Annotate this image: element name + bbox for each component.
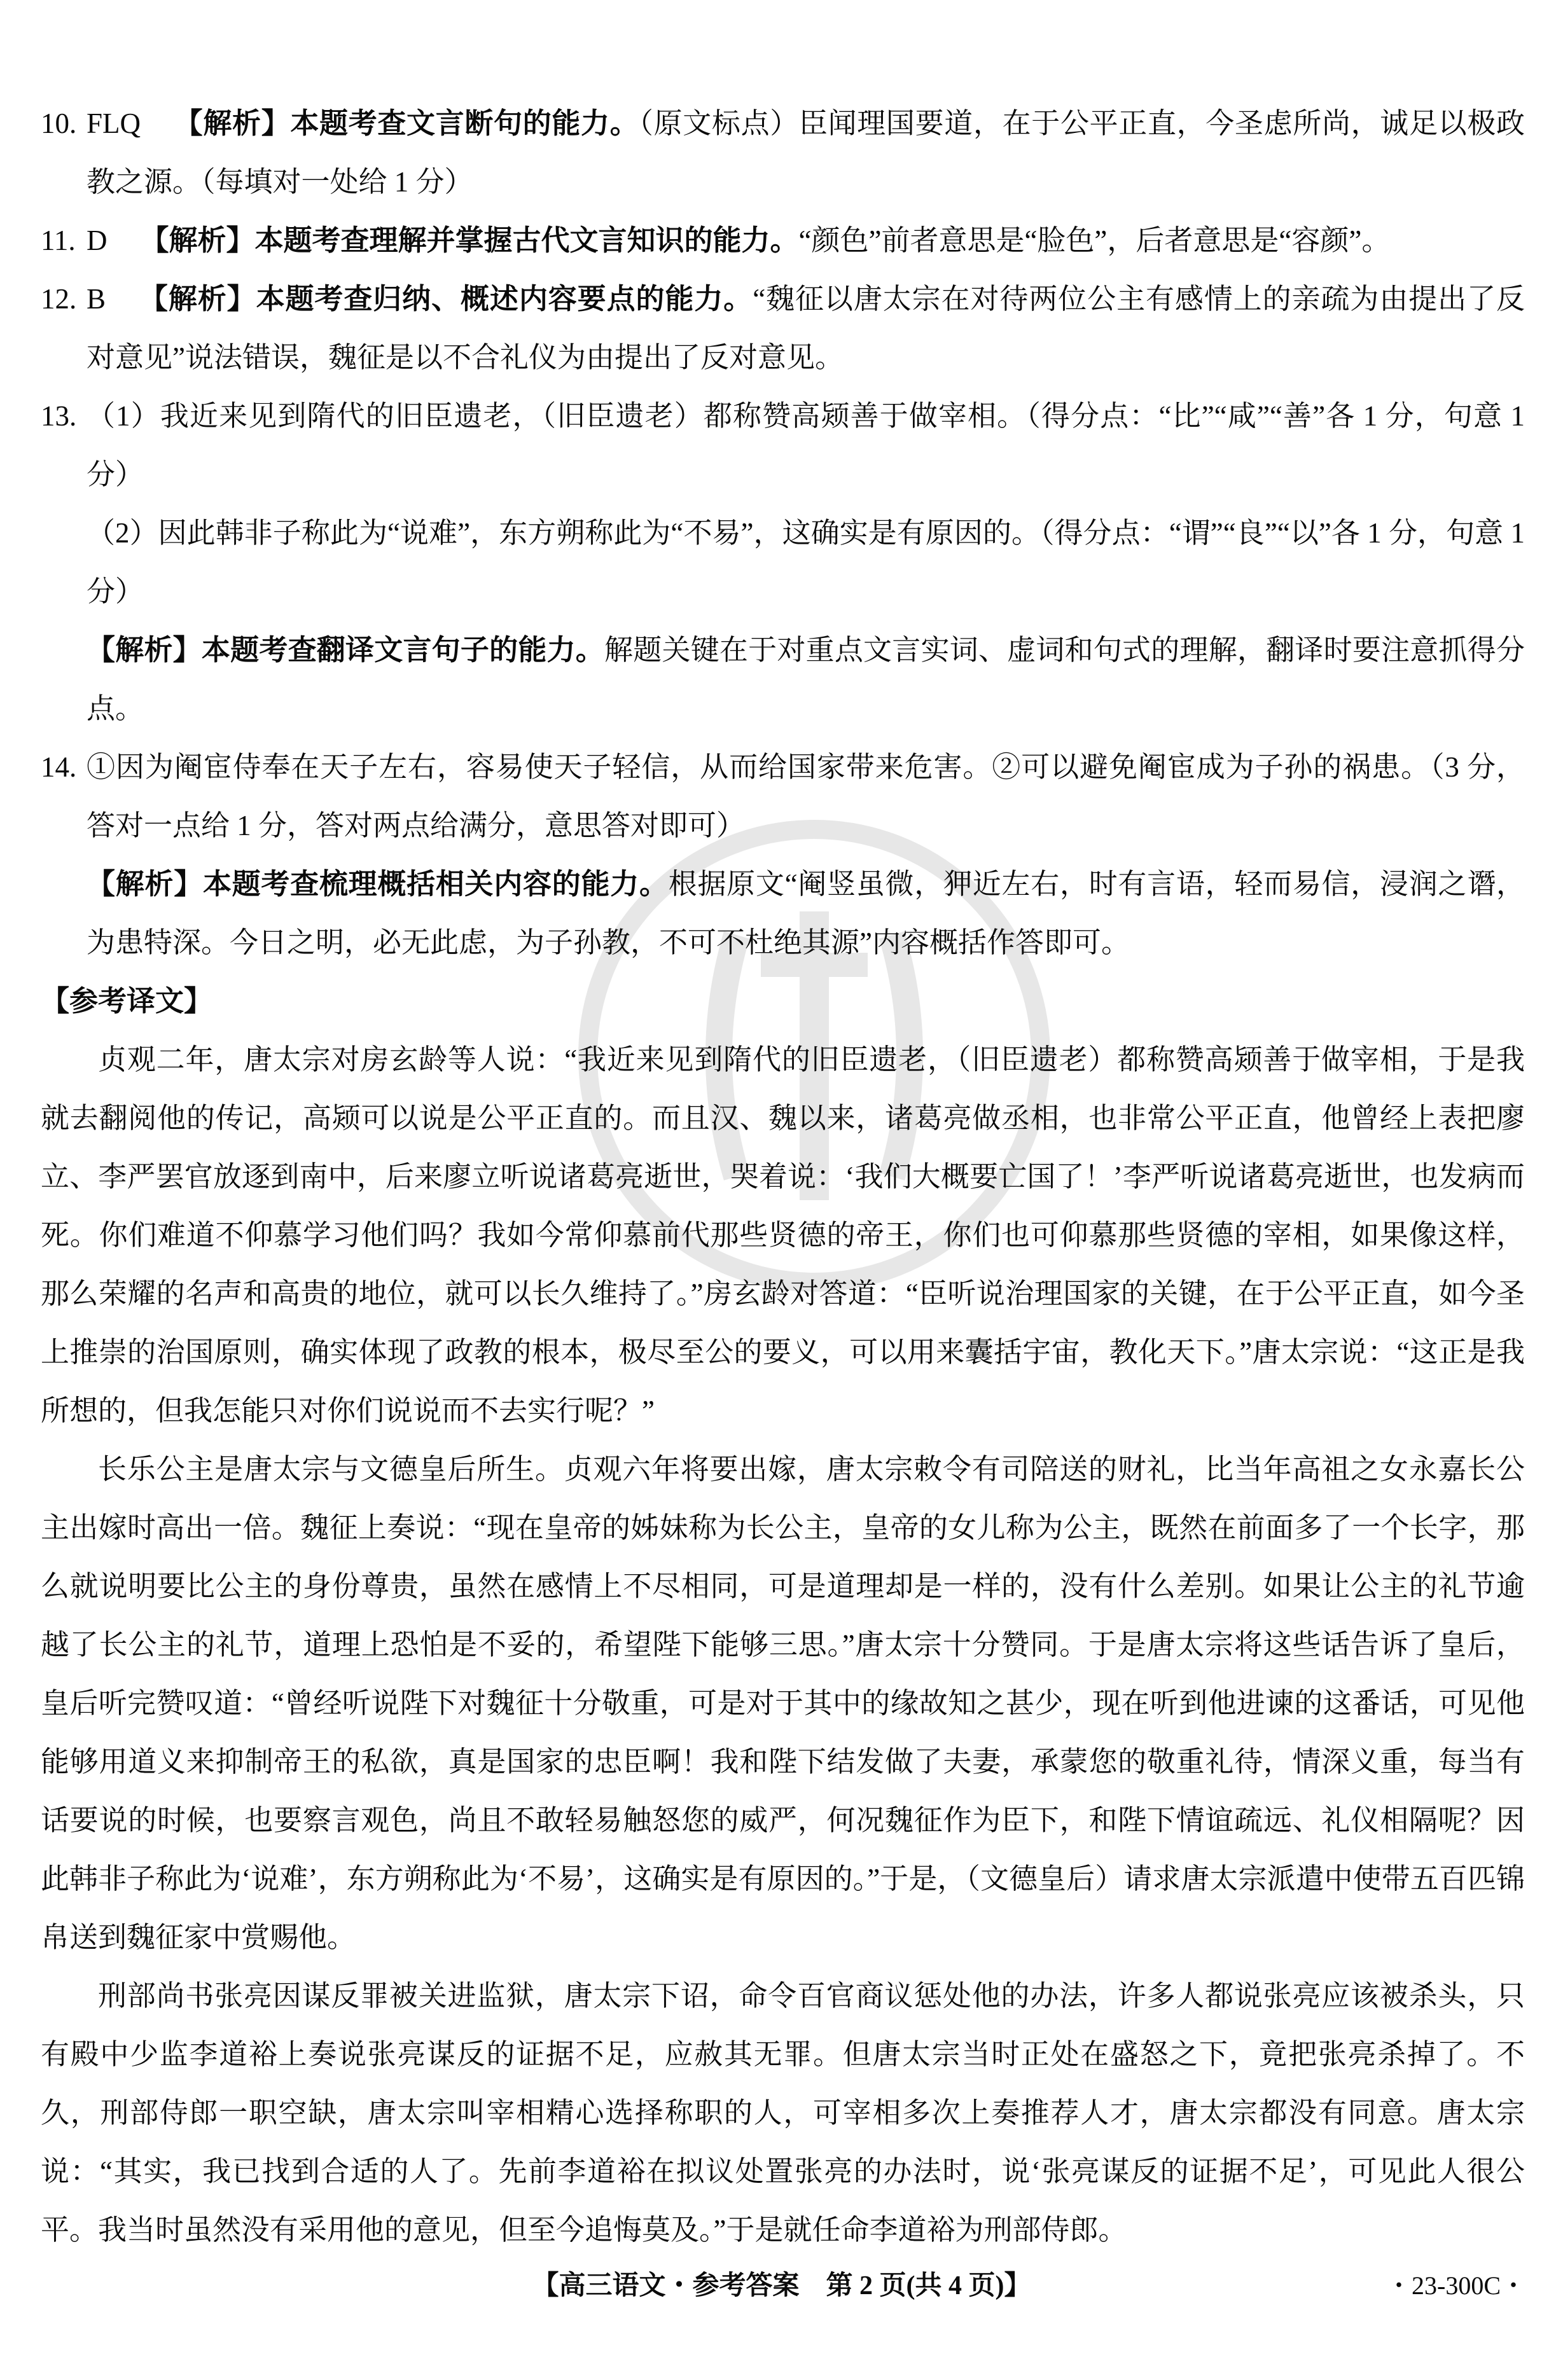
- question-11-answer: D: [87, 225, 108, 256]
- question-12-answer-line: B【解析】本题考查归纳、概述内容要点的能力。“魏征以唐太宗在对待两位公主有感情上…: [87, 270, 1525, 387]
- question-10-analysis-label: 【解析】本题考查文言断句的能力。: [174, 107, 639, 139]
- question-11-number: 11.: [41, 211, 76, 270]
- question-13-analysis-label: 【解析】本题考查翻译文言句子的能力。: [87, 634, 604, 666]
- question-11-answer-line: D【解析】本题考查理解并掌握古代文言知识的能力。“颜色”前者意思是“脸色”，后者…: [87, 211, 1525, 270]
- translation-paragraph-2: 长乐公主是唐太宗与文德皇后所生。贞观六年将要出嫁，唐太宗敕令有司陪送的财礼，比当…: [41, 1440, 1525, 1967]
- question-10-answer-line: FLQ【解析】本题考查文言断句的能力。（原文标点）臣闻理国要道，在于公平正直，今…: [87, 94, 1525, 211]
- footer-page-info: 【高三语文・参考答案 第 2 页(共 4 页)】: [0, 2264, 1563, 2302]
- reference-translation-heading: 【参考译文】: [41, 972, 1525, 1030]
- question-14-number: 14.: [41, 738, 76, 796]
- question-14-answer-text: ①因为阉宦侍奉在天子左右，容易使天子轻信，从而给国家带来危害。②可以避免阉宦成为…: [87, 751, 1525, 841]
- question-13-part2-text: （2）因此韩非子称此为“说难”，东方朔称此为“不易”，这确实是有原因的。（得分点…: [87, 517, 1525, 607]
- footer-paper-code: ・23-300C・: [1386, 2266, 1526, 2302]
- question-12: 12. B【解析】本题考查归纳、概述内容要点的能力。“魏征以唐太宗在对待两位公主…: [41, 270, 1525, 387]
- question-10: 10. FLQ【解析】本题考查文言断句的能力。（原文标点）臣闻理国要道，在于公平…: [41, 94, 1525, 211]
- question-14-answer: ①因为阉宦侍奉在天子左右，容易使天子轻信，从而给国家带来危害。②可以避免阉宦成为…: [87, 738, 1525, 855]
- question-14-analysis-label: 【解析】本题考查梳理概括相关内容的能力。: [87, 868, 669, 900]
- question-13: 13. （1）我近来见到隋代的旧臣遗老，（旧臣遗老）都称赞高颎善于做宰相。（得分…: [41, 387, 1525, 738]
- question-11-analysis-label: 【解析】本题考查理解并掌握古代文言知识的能力。: [141, 225, 799, 256]
- translation-paragraph-1: 贞观二年，唐太宗对房玄龄等人说：“我近来见到隋代的旧臣遗老，（旧臣遗老）都称赞高…: [41, 1030, 1525, 1440]
- answer-content: 10. FLQ【解析】本题考查文言断句的能力。（原文标点）臣闻理国要道，在于公平…: [41, 94, 1525, 2259]
- answer-sheet-page: 10. FLQ【解析】本题考查文言断句的能力。（原文标点）臣闻理国要道，在于公平…: [0, 0, 1563, 2380]
- question-13-analysis: 【解析】本题考查翻译文言句子的能力。解题关键在于对重点文言实词、虚词和句式的理解…: [87, 621, 1525, 738]
- translation-paragraph-3: 刑部尚书张亮因谋反罪被关进监狱，唐太宗下诏，命令百官商议惩处他的办法，许多人都说…: [41, 1967, 1525, 2259]
- question-10-answer: FLQ: [87, 107, 141, 139]
- question-14: 14. ①因为阉宦侍奉在天子左右，容易使天子轻信，从而给国家带来危害。②可以避免…: [41, 738, 1525, 972]
- question-11-analysis-text: “颜色”前者意思是“脸色”，后者意思是“容颜”。: [799, 225, 1391, 256]
- question-12-analysis-label: 【解析】本题考查归纳、概述内容要点的能力。: [139, 283, 753, 315]
- question-11: 11. D【解析】本题考查理解并掌握古代文言知识的能力。“颜色”前者意思是“脸色…: [41, 211, 1525, 270]
- question-12-answer: B: [87, 283, 106, 315]
- question-13-part2: （2）因此韩非子称此为“说难”，东方朔称此为“不易”，这确实是有原因的。（得分点…: [87, 504, 1525, 621]
- question-13-part1: （1）我近来见到隋代的旧臣遗老，（旧臣遗老）都称赞高颎善于做宰相。（得分点：“比…: [87, 387, 1525, 504]
- question-13-part1-text: （1）我近来见到隋代的旧臣遗老，（旧臣遗老）都称赞高颎善于做宰相。（得分点：“比…: [87, 400, 1525, 490]
- question-14-analysis: 【解析】本题考查梳理概括相关内容的能力。根据原文“阉竖虽微，狎近左右，时有言语，…: [87, 855, 1525, 972]
- question-13-number: 13.: [41, 387, 76, 445]
- question-10-number: 10.: [41, 94, 76, 153]
- question-12-number: 12.: [41, 270, 76, 328]
